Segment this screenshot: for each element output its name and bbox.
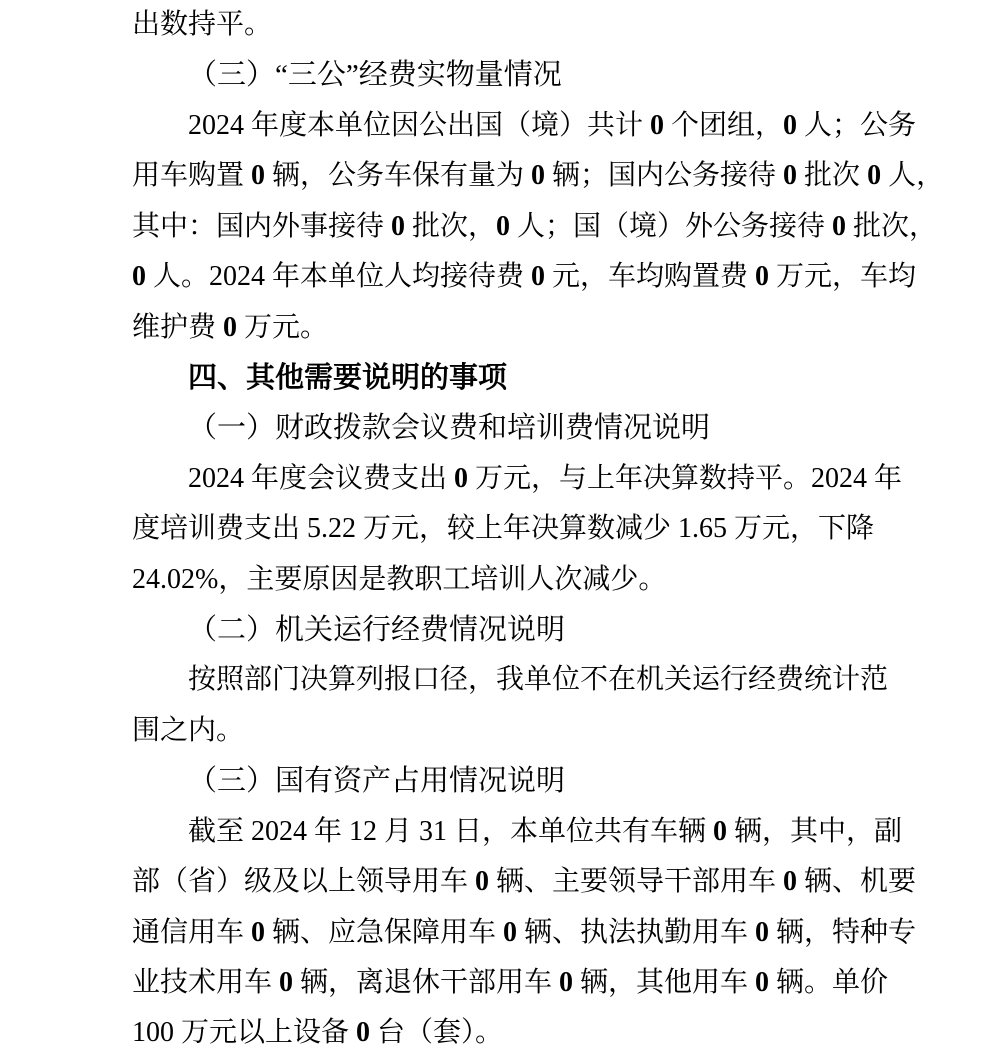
document-page: { "page": { "background_color": "#ffffff… (0, 0, 1000, 1059)
text-segment: （一）财政拨款会议费和培训费情况说明 (188, 412, 710, 444)
text-segment: 辆、主要领导干部用车 (489, 866, 783, 897)
first-line-indent (132, 789, 188, 790)
para-state-assets-line-2: 部（省）级及以上领导用车 0 辆、主要领导干部用车 0 辆、机要 (132, 857, 905, 907)
text-segment: 辆；国内公务接待 (545, 160, 783, 191)
text-segment: 批次， (846, 211, 937, 242)
first-line-indent (132, 133, 188, 134)
text-segment: 辆、机要 (797, 866, 916, 897)
figure-value: 0 (251, 917, 265, 948)
first-line-indent (132, 83, 188, 84)
para-three-public-line-2: 用车购置 0 辆，公务车保有量为 0 辆；国内公务接待 0 批次 0 人， (132, 151, 905, 201)
para-three-public-line-1: 2024 年度本单位因公出国（境）共计 0 个团组，0 人；公务 (132, 101, 905, 151)
figure-value: 0 (391, 211, 405, 242)
text-segment: 辆、执法执勤用车 (517, 917, 755, 948)
text-segment: 辆，公务车保有量为 (265, 160, 531, 191)
text-segment: 2024 年度本单位因公出国（境）共计 (188, 110, 650, 141)
para-state-assets-line-5: 100 万元以上设备 0 台（套）。 (132, 1008, 905, 1058)
para-meeting-training-line-1: 2024 年度会议费支出 0 万元，与上年决算数持平。2024 年 (132, 454, 905, 504)
text-segment: 出数持平。 (132, 9, 272, 40)
figure-value: 0 (496, 211, 510, 242)
text-segment: 辆，离退休干部用车 (293, 967, 559, 998)
text-segment: 维护费 (132, 312, 223, 343)
text-segment: 人， (881, 160, 944, 191)
text-segment: 万元，车均 (769, 261, 916, 292)
text-segment: 四、其他需要说明的事项 (188, 362, 507, 394)
text-segment: 辆。单价 (769, 967, 888, 998)
para-meeting-training-line-3: 24.02%，主要原因是教职工培训人次减少。 (132, 555, 905, 605)
figure-value: 0 (475, 866, 489, 897)
para-state-assets-line-3: 通信用车 0 辆、应急保障用车 0 辆、执法执勤用车 0 辆，特种专 (132, 908, 905, 958)
figure-value: 0 (650, 110, 664, 141)
figure-value: 0 (223, 312, 237, 343)
figure-value: 0 (867, 160, 881, 191)
figure-value: 0 (559, 967, 573, 998)
text-segment: 用车购置 (132, 160, 251, 191)
text-segment: 100 万元以上设备 (132, 1017, 356, 1048)
para-operating-expense-line-1: 按照部门决算列报口径，我单位不在机关运行经费统计范 (132, 655, 905, 705)
heading-three-public-physical: （三）“三公”经费实物量情况 (132, 50, 905, 100)
text-segment: 台（套）。 (370, 1017, 503, 1048)
figure-value: 0 (251, 160, 265, 191)
figure-value: 0 (132, 261, 146, 292)
para-state-assets-line-4: 业技术用车 0 辆，离退休干部用车 0 辆，其他用车 0 辆。单价 (132, 958, 905, 1008)
first-line-indent (132, 839, 188, 840)
para-three-public-line-5: 维护费 0 万元。 (132, 303, 905, 353)
text-segment: 人；国（境）外公务接待 (510, 211, 832, 242)
text-segment: （二）机关运行经费情况说明 (188, 614, 565, 646)
first-line-indent (132, 436, 188, 437)
para-three-public-line-3: 其中：国内外事接待 0 批次，0 人；国（境）外公务接待 0 批次， (132, 202, 905, 252)
para-three-public-line-4: 0 人。2024 年本单位人均接待费 0 元，车均购置费 0 万元，车均 (132, 252, 905, 302)
text-segment: 辆、应急保障用车 (265, 917, 503, 948)
text-segment: 辆，其他用车 (573, 967, 755, 998)
text-segment: 通信用车 (132, 917, 251, 948)
text-segment: 批次， (405, 211, 496, 242)
para-prev-page-tail: 出数持平。 (132, 0, 905, 50)
first-line-indent (132, 687, 188, 688)
heading-operating-expense: （二）机关运行经费情况说明 (132, 605, 905, 655)
figure-value: 0 (713, 816, 727, 847)
figure-value: 0 (454, 463, 468, 494)
para-state-assets-line-1: 截至 2024 年 12 月 31 日，本单位共有车辆 0 辆，其中，副 (132, 807, 905, 857)
text-segment: 截至 2024 年 12 月 31 日，本单位共有车辆 (188, 816, 713, 847)
figure-value: 0 (279, 967, 293, 998)
first-line-indent (132, 386, 188, 387)
figure-value: 0 (531, 160, 545, 191)
text-segment: 人。2024 年本单位人均接待费 (146, 261, 531, 292)
first-line-indent (132, 638, 188, 639)
text-segment: 辆，特种专 (769, 917, 916, 948)
text-segment: 围之内。 (132, 715, 244, 746)
figure-value: 0 (783, 160, 797, 191)
document-content: 出数持平。 （三）“三公”经费实物量情况 2024 年度本单位因公出国（境）共计… (132, 0, 905, 1059)
text-segment: 元，车均购置费 (545, 261, 755, 292)
figure-value: 0 (783, 866, 797, 897)
para-meeting-training-line-2: 度培训费支出 5.22 万元，较上年决算数减少 1.65 万元，下降 (132, 504, 905, 554)
text-segment: 万元。 (237, 312, 328, 343)
text-segment: （三）“三公”经费实物量情况 (188, 59, 562, 91)
figure-value: 0 (755, 967, 769, 998)
figure-value: 0 (356, 1017, 370, 1048)
heading-meeting-training-fees: （一）财政拨款会议费和培训费情况说明 (132, 403, 905, 453)
heading-section-four: 四、其他需要说明的事项 (132, 353, 905, 403)
text-segment: 批次 (797, 160, 867, 191)
text-segment: 万元，与上年决算数持平。2024 年 (468, 463, 902, 494)
heading-state-assets: （三）国有资产占用情况说明 (132, 756, 905, 806)
text-segment: 2024 年度会议费支出 (188, 463, 454, 494)
text-segment: 度培训费支出 5.22 万元，较上年决算数减少 1.65 万元，下降 (132, 513, 874, 544)
text-segment: 人；公务 (797, 110, 916, 141)
para-operating-expense-line-2: 围之内。 (132, 706, 905, 756)
first-line-indent (132, 486, 188, 487)
figure-value: 0 (832, 211, 846, 242)
text-segment: （三）国有资产占用情况说明 (188, 765, 565, 797)
figure-value: 0 (531, 261, 545, 292)
figure-value: 0 (755, 261, 769, 292)
text-segment: 个团组， (664, 110, 783, 141)
figure-value: 0 (755, 917, 769, 948)
text-segment: 部（省）级及以上领导用车 (132, 866, 475, 897)
figure-value: 0 (503, 917, 517, 948)
text-segment: 按照部门决算列报口径，我单位不在机关运行经费统计范 (188, 664, 888, 695)
text-segment: 24.02%，主要原因是教职工培训人次减少。 (132, 564, 666, 595)
text-segment: 辆，其中，副 (727, 816, 902, 847)
text-segment: 其中：国内外事接待 (132, 211, 391, 242)
text-segment: 业技术用车 (132, 967, 279, 998)
figure-value: 0 (783, 110, 797, 141)
